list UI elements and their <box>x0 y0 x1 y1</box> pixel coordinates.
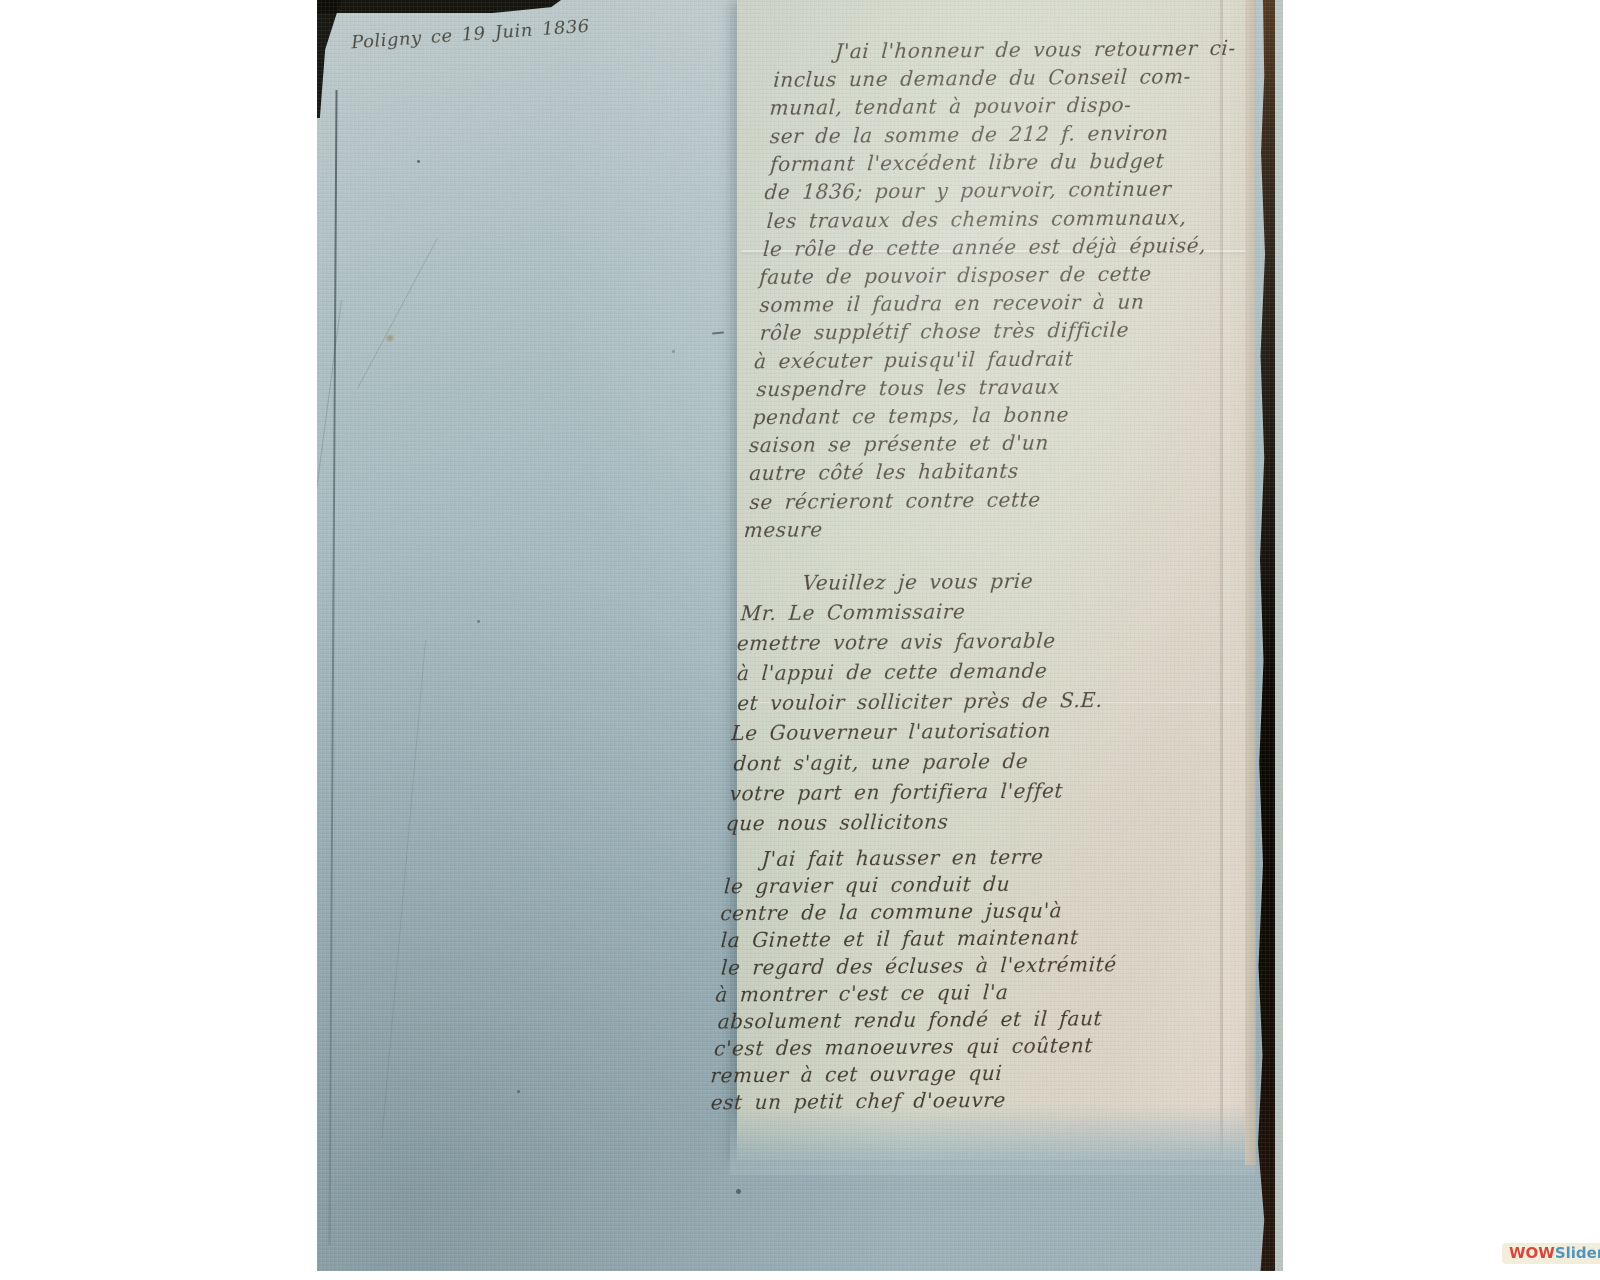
manuscript-line: pendant ce temps, la bonne <box>752 399 1259 432</box>
manuscript-line: et vouloir solliciter près de S.E. <box>736 684 1243 718</box>
manuscript-line: Le Gouverneur l'autorisation <box>731 714 1238 748</box>
paper-stain <box>385 334 395 342</box>
manuscript-line: à l'appui de cette demande <box>736 654 1243 688</box>
manuscript-paragraph: Veuillez je vous prieMr. Le Commissairee… <box>727 563 1249 838</box>
margin-mark <box>712 331 724 334</box>
paper-scratch <box>381 640 426 1138</box>
manuscript-line: J'ai l'honneur de vous retourner ci- <box>776 33 1283 66</box>
manuscript-paragraph: J'ai l'honneur de vous retourner ci-incl… <box>745 33 1281 543</box>
manuscript-line: suspendre tous les travaux <box>756 371 1263 404</box>
manuscript-line: formant l'excédent libre du budget <box>769 146 1276 179</box>
paper-scratch <box>357 238 438 389</box>
manuscript-line: emettre votre avis favorable <box>736 624 1243 658</box>
page-bottom-shadow <box>730 1105 1255 1175</box>
manuscript-line: le rôle de cette année est déjà épuisé, <box>762 230 1269 263</box>
manuscript-line: faute de pouvoir disposer de cette <box>759 258 1266 291</box>
manuscript-line: saison se présente et d'un <box>748 427 1255 460</box>
manuscript-line: se récrieront contre cette <box>749 483 1256 516</box>
page-edges <box>1245 0 1256 1165</box>
manuscript-line: ser de la somme de 212 f. environ <box>769 118 1276 151</box>
watermark-suffix: Slider <box>1555 1244 1600 1262</box>
paper-specks <box>417 160 420 163</box>
photo-edge <box>1275 0 1283 1271</box>
manuscript-line: votre part en fortifiera l'effet <box>729 774 1236 808</box>
manuscript-text: J'ai l'honneur de vous retourner ci-incl… <box>710 33 1281 1116</box>
manuscript-line: Mr. Le Commissaire <box>740 593 1247 627</box>
manuscript-line: mesure <box>743 511 1250 544</box>
manuscript-line: les travaux des chemins communaux, <box>766 202 1273 235</box>
manuscript-line: absolument rendu fondé et il faut <box>717 1004 1224 1035</box>
manuscript-line: centre de la commune jusqu'à <box>720 896 1227 927</box>
watermark-prefix: WOW <box>1509 1244 1555 1262</box>
document-photo: Poligny ce 19 Juin 1836 J'ai l'honneur d… <box>317 0 1283 1271</box>
manuscript-dateline: Poligny ce 19 Juin 1836 <box>351 16 591 54</box>
manuscript-line: à exécuter puisqu'il faudrait <box>753 343 1260 376</box>
manuscript-paragraph: J'ai fait hausser en terrele gravier qui… <box>710 842 1232 1117</box>
manuscript-line: somme il faudra en recevoir à un <box>759 286 1266 319</box>
manuscript-line: de 1836; pour y pourvoir, continuer <box>764 174 1271 207</box>
manuscript-line: inclus une demande du Conseil com- <box>773 62 1280 95</box>
manuscript-line: autre côté les habitants <box>748 455 1255 488</box>
page: Poligny ce 19 Juin 1836 J'ai l'honneur d… <box>0 0 1600 1280</box>
manuscript-line: Veuillez je vous prie <box>744 563 1251 597</box>
book-edge-top <box>317 0 561 13</box>
manuscript-line: remuer à cet ouvrage qui <box>710 1058 1217 1089</box>
manuscript-line: munal, tendant à pouvoir dispo- <box>769 90 1276 123</box>
manuscript-line: que nous sollicitons <box>725 804 1232 838</box>
wowslider-watermark[interactable]: WOWSlider <box>1502 1243 1600 1264</box>
left-page-crease <box>328 90 337 1245</box>
manuscript-line: dont s'agit, une parole de <box>733 744 1240 778</box>
manuscript-line: J'ai fait hausser en terre <box>727 842 1234 873</box>
manuscript-line: rôle supplétif chose très difficile <box>759 315 1266 348</box>
